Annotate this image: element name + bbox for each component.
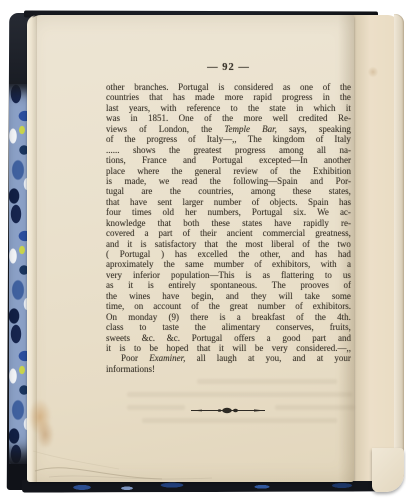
text-line: thathavesentlargernumberofobjects.Spainh…	[106, 197, 351, 207]
text-line: lastyears,withreferencetothestateinwhich…	[106, 103, 351, 113]
text-line: itistobehopedthatitwillbeveryconsidered.…	[106, 343, 351, 353]
swelled-rule-divider-icon	[190, 402, 266, 411]
text-line: PoorExaminer,alllaughatyou,andatyour	[106, 353, 351, 363]
text-line: anditissatisfactorythatthemostliberaloft…	[106, 239, 351, 249]
foxing-spot	[368, 66, 378, 78]
text-line: ......showsthegreatestprogressamongallna…	[106, 145, 351, 155]
text-line: Onmonday(9)thereisabreakfastofthe4th.	[106, 312, 351, 322]
facing-page-curve	[348, 15, 398, 481]
text-line: otherbranches.Portugalisconsideredasoneo…	[106, 82, 351, 92]
text-line: placewherethegeneralreviewoftheExhibitio…	[106, 166, 351, 176]
text-line: knowledgethatboththesestateshaverapidlyr…	[106, 218, 351, 228]
marbled-paper-edge	[9, 84, 29, 464]
page-crease-lines	[27, 433, 257, 483]
show-through-line	[142, 418, 337, 423]
text-line: aproximatelythesamemumberofexhibitors,wi…	[106, 259, 351, 269]
text-line: oftheprogressofItaly—,,ThekingdomofItaly	[106, 134, 351, 144]
text-line: asitisentirelyspontaneous.Theproovesof	[106, 280, 351, 290]
page-text: otherbranches.Portugalisconsideredasoneo…	[106, 82, 351, 374]
text-line: wasin1851.OneofthemorewellcreditedRe-	[106, 113, 351, 123]
text-line: viewsofLondon,theTempleBar,says,speaking	[106, 124, 351, 134]
text-line: tugalarethecountries,amongthesestates,	[106, 186, 351, 196]
text-line: informations!	[106, 364, 351, 374]
text-line: (Portugal)hasexcelledtheother,andhashad	[106, 249, 351, 259]
text-line: coveredapartoftheirancientcommercialgrea…	[106, 228, 351, 238]
page-corner-curl	[372, 448, 404, 492]
show-through-line	[127, 392, 352, 397]
text-line: tions,FranceandPortugalexcepted—Inanothe…	[106, 155, 351, 165]
text-line: ismade,wereadthefollowing—SpainandPor-	[106, 176, 351, 186]
page-number: — 92 —	[106, 62, 351, 73]
book-page: — 92 — otherbranches.Portugalisconsidere…	[27, 15, 354, 482]
text-line: fourtimesoldhernumbers,Portugalsix.Weac-	[106, 207, 351, 217]
text-line: sweets&c.&c.Portugaloffersagoodpartand	[106, 333, 351, 343]
show-through-line	[127, 405, 185, 410]
text-line: countriesthathasmademorerapidprogressint…	[106, 92, 351, 102]
text-line: veryinferiorpopulation—Thisisasflatterin…	[106, 270, 351, 280]
show-through-line	[275, 405, 355, 410]
text-line: thewineshavebegin,andtheywilltakesome	[106, 291, 351, 301]
text-line: classtotastethealimentaryconserves,fruit…	[106, 322, 351, 332]
show-through-line	[197, 379, 337, 384]
book-photo: — 92 — otherbranches.Portugalisconsidere…	[0, 0, 406, 500]
text-line: time,onaccountofthegreatnumberofexhibito…	[106, 301, 351, 311]
page-block-fore-edge	[394, 14, 404, 484]
